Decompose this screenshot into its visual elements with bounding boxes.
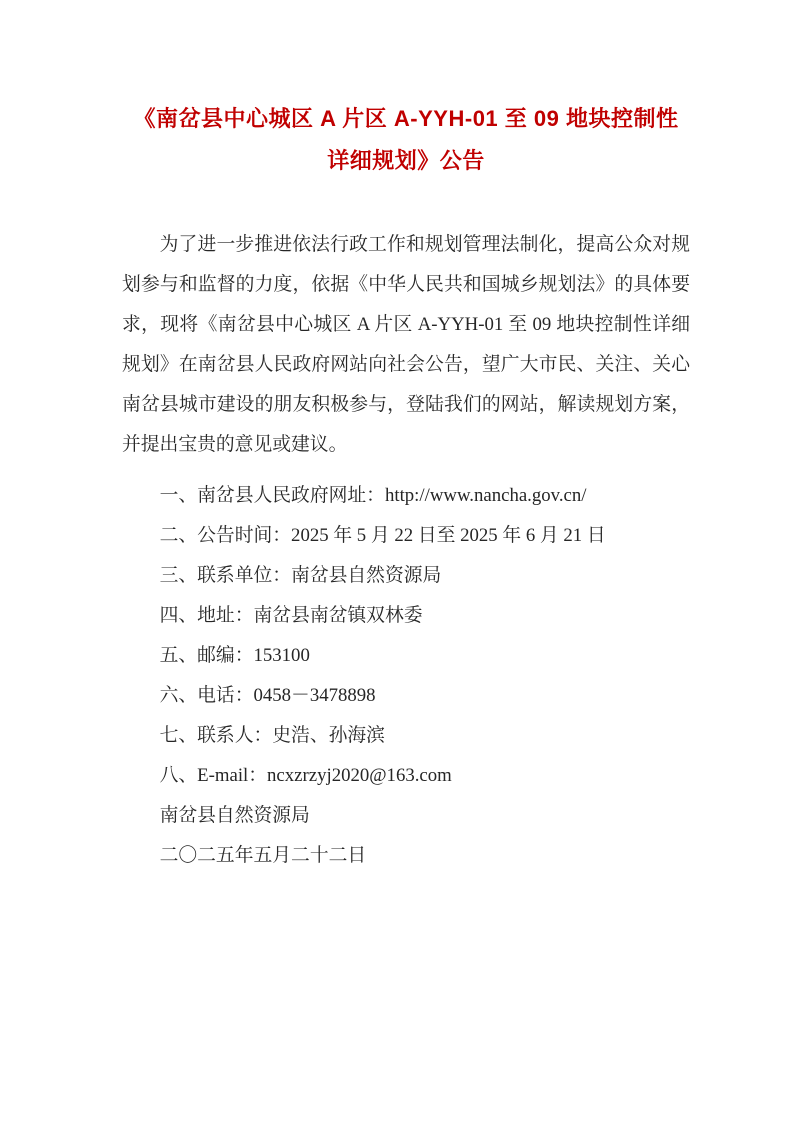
document-title-line-1: 《南岔县中心城区 A 片区 A-YYH-01 至 09 地块控制性	[122, 98, 690, 140]
list-item-contact-unit: 三、联系单位：南岔县自然资源局	[122, 556, 690, 596]
info-list: 一、南岔县人民政府网址：http://www.nancha.gov.cn/ 二、…	[122, 476, 690, 796]
list-item-government-website: 一、南岔县人民政府网址：http://www.nancha.gov.cn/	[122, 476, 690, 516]
list-item-postal-code: 五、邮编：153100	[122, 636, 690, 676]
announcement-document-page: 《南岔县中心城区 A 片区 A-YYH-01 至 09 地块控制性 详细规划》公…	[0, 0, 793, 1122]
list-item-email: 八、E-mail：ncxzrzyj2020@163.com	[122, 756, 690, 796]
intro-paragraph: 为了进一步推进依法行政工作和规划管理法制化，提高公众对规划参与和监督的力度，依据…	[122, 225, 690, 465]
document-title: 《南岔县中心城区 A 片区 A-YYH-01 至 09 地块控制性 详细规划》公…	[122, 98, 690, 182]
list-item-announcement-period: 二、公告时间：2025 年 5 月 22 日至 2025 年 6 月 21 日	[122, 516, 690, 556]
list-item-phone: 六、电话：0458－3478898	[122, 676, 690, 716]
list-item-address: 四、地址：南岔县南岔镇双林委	[122, 596, 690, 636]
document-title-line-2: 详细规划》公告	[122, 140, 690, 182]
list-item-contact-person: 七、联系人：史浩、孙海滨	[122, 716, 690, 756]
signature-date: 二〇二五年五月二十二日	[122, 836, 690, 876]
signature-organization: 南岔县自然资源局	[122, 796, 690, 836]
